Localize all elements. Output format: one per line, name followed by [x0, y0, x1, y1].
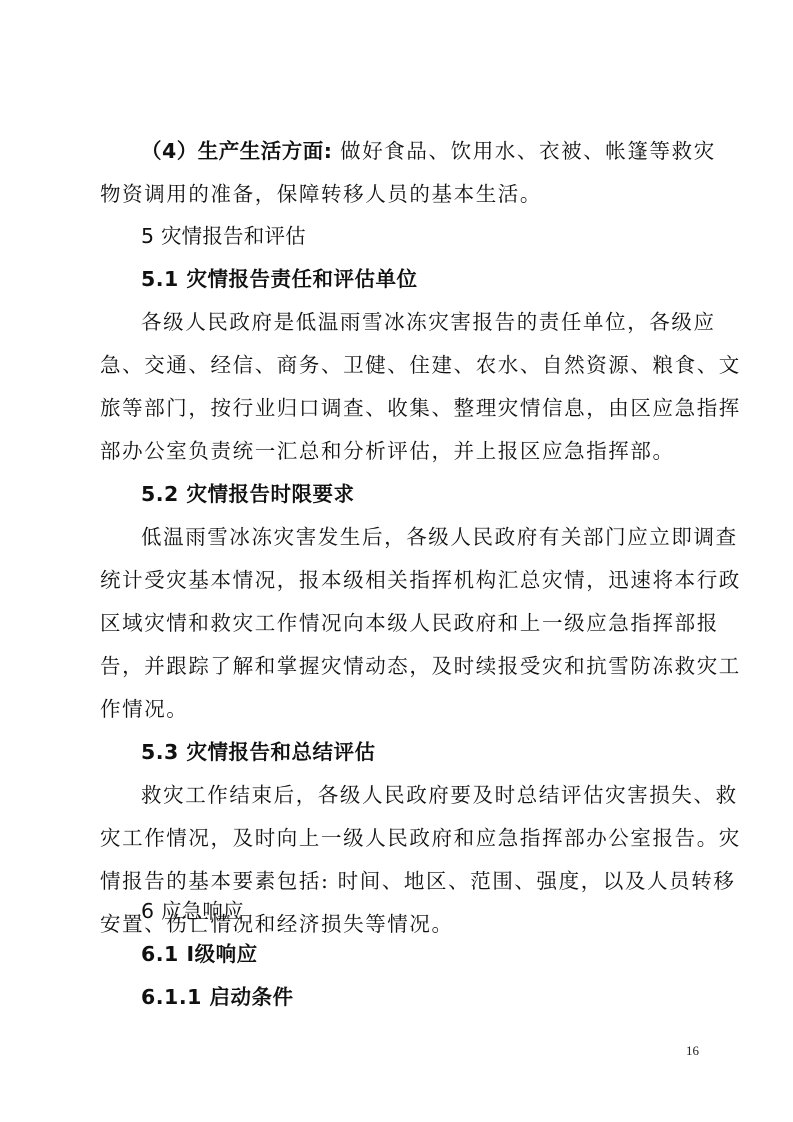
paragraph-text: 做好食品、饮用水、衣被、帐篷等救灾 — [340, 139, 716, 163]
paragraph-line: 部办公室负责统一汇总和分析评估，并上报区应急指挥部。 — [100, 435, 700, 467]
paragraph-line: 情报告的基本要素包括: 时间、地区、范围、强度，以及人员转移 — [100, 865, 700, 897]
paragraph-production-life: （4）生产生活方面: 做好食品、饮用水、衣被、帐篷等救灾 — [141, 135, 701, 167]
section-heading-6-1-1: 6.1.1 启动条件 — [141, 981, 701, 1013]
paragraph-line: 低温雨雪冰冻灾害发生后，各级人民政府有关部门应立即调查 — [141, 521, 701, 553]
page-number: 16 — [686, 1043, 699, 1059]
document-page: （4）生产生活方面: 做好食品、饮用水、衣被、帐篷等救灾 物资调用的准备，保障转… — [0, 0, 793, 1122]
paragraph-line: 物资调用的准备，保障转移人员的基本生活。 — [100, 178, 700, 210]
paragraph-line: 救灾工作结束后，各级人民政府要及时总结评估灾害损失、救 — [141, 779, 701, 811]
paragraph-line: 灾工作情况，及时向上一级人民政府和应急指挥部办公室报告。灾 — [100, 822, 700, 854]
section-heading-6: 6 应急响应 — [141, 895, 701, 927]
section-heading-5: 5 灾情报告和评估 — [141, 220, 701, 252]
section-heading-5-1: 5.1 灾情报告责任和评估单位 — [141, 263, 701, 295]
paragraph-line: 各级人民政府是低温雨雪冰冻灾害报告的责任单位，各级应 — [141, 306, 701, 338]
paragraph-line: 告，并跟踪了解和掌握灾情动态，及时续报受灾和抗雪防冻救灾工 — [100, 650, 700, 682]
section-heading-6-1: 6.1 Ⅰ级响应 — [141, 938, 701, 970]
section-heading-5-3: 5.3 灾情报告和总结评估 — [141, 736, 701, 768]
section-heading-5-2: 5.2 灾情报告时限要求 — [141, 478, 701, 510]
paragraph-line: 作情况。 — [100, 693, 700, 725]
paragraph-line: 旅等部门，按行业归口调查、收集、整理灾情信息，由区应急指挥 — [100, 392, 700, 424]
paragraph-line: 统计受灾基本情况，报本级相关指挥机构汇总灾情，迅速将本行政 — [100, 564, 700, 596]
paragraph-line: 区域灾情和救灾工作情况向本级人民政府和上一级应急指挥部报 — [100, 607, 700, 639]
paragraph-line: 急、交通、经信、商务、卫健、住建、农水、自然资源、粮食、文 — [100, 349, 700, 381]
paragraph-lead-heading: （4）生产生活方面: — [141, 139, 340, 163]
